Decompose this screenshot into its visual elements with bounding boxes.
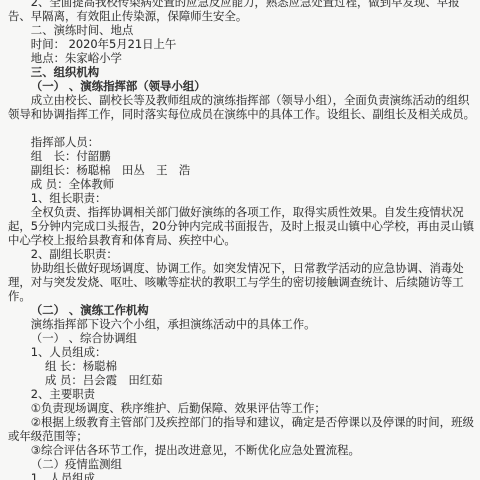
group-2-heading: （二）疫情监测组: [8, 457, 477, 471]
group-1-leader: 组 长：杨聪棉: [8, 359, 477, 373]
group-1-duty-item-2: ②根据上级教育主管部门及疾控部门的指导和建议，确定是否停课以及停课的时间，班级或…: [8, 415, 477, 443]
group-1-duty-item-1: ①负责现场调度、秩序维护、后勤保障、效果评估等工作；: [8, 401, 477, 415]
deputy-duty-heading: 2、副组长职责：: [8, 247, 477, 261]
group-1-members: 成 员：吕会霞 田红茹: [8, 373, 477, 387]
command-deputy-leaders: 副组长：杨聪棉 田丛 王 浩: [8, 163, 477, 177]
work-groups-intro: 演练指挥部下设六个小组，承担演练活动中的具体工作。: [8, 317, 477, 331]
group-1-duty-heading: 2、主要职责: [8, 387, 477, 401]
heading-work-groups: （二） 、演练工作机构: [8, 303, 477, 317]
command-staff-label: 指挥部人员：: [8, 135, 477, 149]
drill-time: 时间： 2020年5月21日上午: [8, 37, 477, 51]
leader-duty-body: 全权负责、指挥协调相关部门做好演练的各项工作，取得实质性效果。自发生疫情状况起，…: [8, 205, 477, 247]
group-1-duty-item-3: ③综合评估各环节工作，提出改进意见，不断优化应急处置流程。: [8, 443, 477, 457]
document-photo: 2、全面提高我校传染病处置的应急反应能力，熟悉应急处置过程，做到早发现、早报告、…: [0, 0, 480, 480]
heading-command-group: （一） 、演练指挥部（领导小组）: [8, 79, 477, 93]
group-2-staff-heading: 1、人员组成: [8, 471, 477, 480]
leader-duty-heading: 1、组长职责：: [8, 191, 477, 205]
command-leader: 组 长：付韶鹏: [8, 149, 477, 163]
deputy-duty-body: 协助组长做好现场调度、协调工作。如突发情况下，日常教学活动的应急协调、消毒处理，…: [8, 261, 477, 303]
drill-location: 地点：朱家峪小学: [8, 51, 477, 65]
heading-time-location: 二、演练时间、地点: [8, 23, 477, 37]
command-members: 成 员：全体教师: [8, 177, 477, 191]
document-page: 2、全面提高我校传染病处置的应急反应能力，熟悉应急处置过程，做到早发现、早报告、…: [0, 0, 480, 480]
paragraph-aim-item-2: 2、全面提高我校传染病处置的应急反应能力，熟悉应急处置过程，做到早发现、早报告、…: [8, 0, 477, 23]
command-group-intro: 成立由校长、副校长等及教师组成的演练指挥部（领导小组），全面负责演练活动的组织领…: [8, 93, 477, 121]
blank-line: [8, 121, 477, 135]
group-1-staff-heading: 1、人员组成：: [8, 345, 477, 359]
group-1-heading: （一） 、综合协调组: [8, 331, 477, 345]
heading-organization: 三、组织机构: [8, 65, 477, 79]
